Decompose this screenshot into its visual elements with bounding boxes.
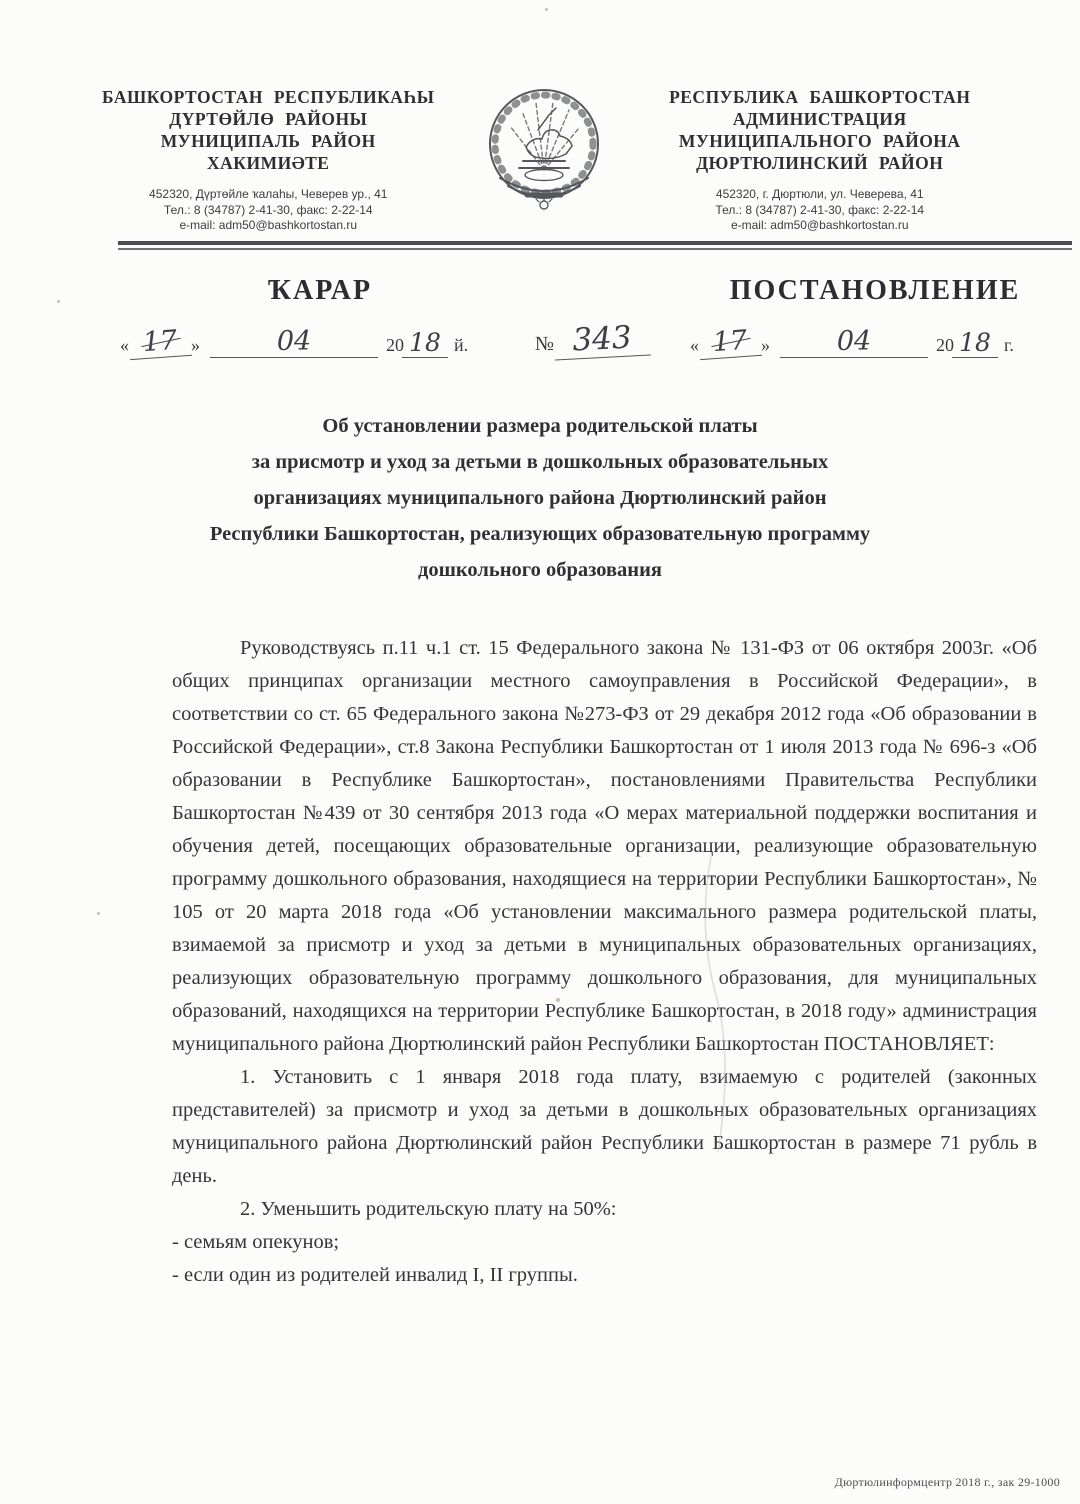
coat-of-arms-icon xyxy=(477,84,612,221)
handwritten-day: 17 xyxy=(128,323,192,359)
title-line: организациях муниципального района Дюртю… xyxy=(40,480,1040,516)
phone-line: Тел.: 8 (34787) 2-41-30, факс: 2-22-14 xyxy=(66,203,471,219)
decree-heading-karar: ҠАРАР xyxy=(120,276,520,306)
title-line: Республики Башкортостан, реализующих обр… xyxy=(40,516,1040,552)
org-name-line: РЕСПУБЛИКА БАШКОРТОСТАН xyxy=(618,86,1023,108)
handwritten-year: 18 xyxy=(402,328,448,358)
email-line: e-mail: adm50@bashkortostan.ru xyxy=(66,218,471,234)
phone-line: Тел.: 8 (34787) 2-41-30, факс: 2-22-14 xyxy=(618,203,1023,219)
handwritten-month: 04 xyxy=(780,326,928,358)
org-name-line: АДМИНИСТРАЦИЯ xyxy=(618,108,1023,130)
title-line: за присмотр и уход за детьми в дошкольны… xyxy=(40,444,1040,480)
document-title: Об установлении размера родительской пла… xyxy=(0,408,1080,588)
date-line-left: « 17 » 04 20 18 й. № 343 xyxy=(120,318,650,358)
letterhead-right-russian: РЕСПУБЛИКА БАШКОРТОСТАН АДМИНИСТРАЦИЯ МУ… xyxy=(618,86,1023,234)
decree-number: № 343 xyxy=(535,321,650,358)
quote-close: » xyxy=(191,335,200,358)
handwritten-month: 04 xyxy=(210,326,378,358)
header-divider xyxy=(118,241,1072,250)
org-name-line: ДЮРТЮЛИНСКИЙ РАЙОН xyxy=(618,152,1023,174)
date-line-right: « 17 » 04 20 18 г. xyxy=(690,318,1060,358)
address-block: 452320, г. Дюртюли, ул. Чеверева, 41 Тел… xyxy=(618,187,1023,234)
title-line: Об установлении размера родительской пла… xyxy=(40,408,1040,444)
address-line: 452320, Дүртөйле ҡалаһы, Чеверев ур., 41 xyxy=(66,187,471,203)
org-name-line: ХАКИМИӘТЕ xyxy=(66,152,471,174)
org-name-line: МУНИЦИПАЛЬНОГО РАЙОНА xyxy=(618,130,1023,152)
decree-column-bashkir: ҠАРАР « 17 » 04 20 18 й. № 343 xyxy=(120,276,650,358)
org-name-line: МУНИЦИПАЛЬ РАЙОН xyxy=(66,130,471,152)
decree-heading-postanovlenie: ПОСТАНОВЛЕНИЕ xyxy=(690,276,1060,306)
quote-close: » xyxy=(761,335,770,358)
handwritten-year: 18 xyxy=(952,328,998,358)
resolution-item-1: 1. Установить с 1 января 2018 года плату… xyxy=(172,1061,1037,1193)
title-line: дошкольного образования xyxy=(40,552,1040,588)
org-name-line: ДҮРТӨЙЛӨ РАЙОНЫ xyxy=(66,108,471,130)
document-page: БАШКОРТОСТАН РЕСПУБЛИКАҺЫ ДҮРТӨЙЛӨ РАЙОН… xyxy=(0,0,1080,1504)
org-name-line: БАШКОРТОСТАН РЕСПУБЛИКАҺЫ xyxy=(66,86,471,108)
year-suffix: г. xyxy=(1004,335,1014,358)
address-line: 452320, г. Дюртюли, ул. Чеверева, 41 xyxy=(618,187,1023,203)
year-suffix: й. xyxy=(454,335,468,358)
number-sign: № xyxy=(535,333,554,358)
letterhead-left-bashkir: БАШКОРТОСТАН РЕСПУБЛИКАҺЫ ДҮРТӨЙЛӨ РАЙОН… xyxy=(66,86,471,234)
address-block: 452320, Дүртөйле ҡалаһы, Чеверев ур., 41… xyxy=(66,187,471,234)
scan-speck xyxy=(97,912,100,915)
preamble-paragraph: Руководствуясь п.11 ч.1 ст. 15 Федеральн… xyxy=(172,632,1037,1061)
decree-header-row: ҠАРАР « 17 » 04 20 18 й. № 343 ПОСТАНОВЛ… xyxy=(0,276,1080,358)
handwritten-day: 17 xyxy=(698,323,762,359)
discount-item-guardians: - семьям опекунов; xyxy=(172,1226,1037,1259)
letterhead: БАШКОРТОСТАН РЕСПУБЛИКАҺЫ ДҮРТӨЙЛӨ РАЙОН… xyxy=(0,0,1080,234)
document-body: Руководствуясь п.11 ч.1 ст. 15 Федеральн… xyxy=(172,632,1037,1292)
print-shop-imprint: Дюртюлинформцентр 2018 г., зак 29-1000 xyxy=(835,1475,1060,1490)
resolution-item-2: 2. Уменьшить родительскую плату на 50%: xyxy=(172,1193,1037,1226)
discount-item-disabled-parent: - если один из родителей инвалид I, II г… xyxy=(172,1259,1037,1292)
email-line: e-mail: adm50@bashkortostan.ru xyxy=(618,218,1023,234)
decree-column-russian: ПОСТАНОВЛЕНИЕ « 17 » 04 20 18 г. xyxy=(690,276,1060,358)
handwritten-number: 343 xyxy=(553,318,651,360)
